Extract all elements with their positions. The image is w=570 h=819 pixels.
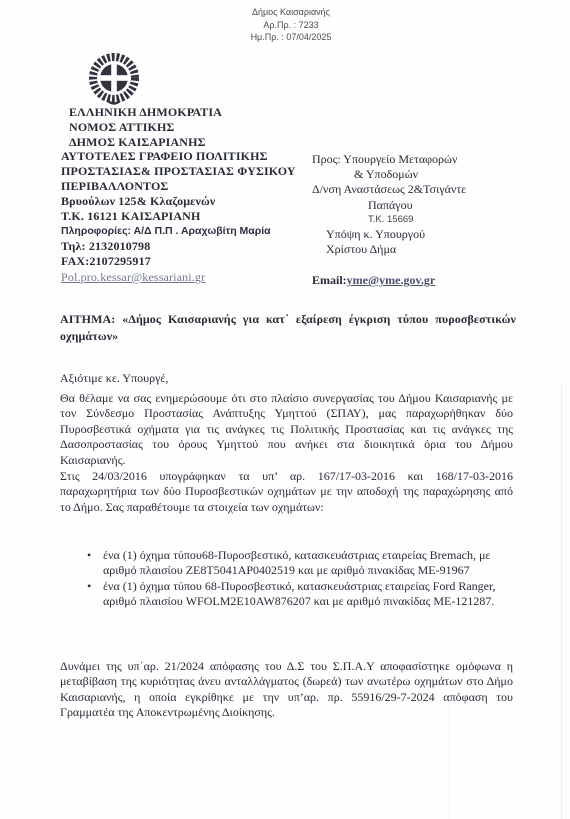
sender-contact-person: Πληροφορίες: Α/Δ Π.Π . Αραχωβίτη Μαρία <box>61 224 319 239</box>
sender-municipality: ΔΗΜΟΣ ΚΑΙΣΑΡΙΑΝΗΣ <box>61 135 319 150</box>
subject-line: ΑΙΤΗΜΑ: «Δήμος Καισαριανής για κατ΄ εξαί… <box>60 311 516 345</box>
vehicle-list-item: •ένα (1) όχημα τύπου 68-Πυροσβεστικό, κα… <box>103 579 515 610</box>
recipient-to-line2: & Υποδομών <box>312 167 527 182</box>
sender-country: ΕΛΛΗΝΙΚΗ ΔΗΜΟΚΡΑΤΙΑ <box>61 105 319 120</box>
bullet-icon: • <box>87 548 91 563</box>
body-paragraph-2: Στις 24/03/2016 υπογράφηκαν τα υπ’ αρ. 1… <box>60 469 513 515</box>
sender-office-line1: ΑΥΤΟΤΕΛΕΣ ΓΡΑΦΕΙΟ ΠΟΛΙΤΙΚΗΣ <box>61 149 319 164</box>
sender-prefecture: ΝΟΜΟΣ ΑΤΤΙΚΗΣ <box>61 120 319 135</box>
body-paragraph-1: Θα θέλαμε να σας ενημερώσουμε ότι στο πλ… <box>60 391 513 468</box>
closing-paragraph: Δυνάμει της υπ΄αρ. 21/2024 απόφασης του … <box>60 659 513 721</box>
recipient-email-link[interactable]: yme@yme.gov.gr <box>347 273 435 287</box>
recipient-to-line1: Προς: Υπουργείο Μεταφορών <box>312 152 527 167</box>
recipient-city: Παπάγου <box>312 198 527 213</box>
sender-fax: FAX:2107295917 <box>61 254 319 269</box>
vehicle-list: •ένα (1) όχημα τύπου68-Πυροσβεστικό, κατ… <box>103 548 515 610</box>
stamp-municipality: Δήμος Καισαριανής <box>12 6 570 19</box>
sender-office-line2: ΠΡΟΣΤΑΣΙΑΣ& ΠΡΟΣΤΑΣΙΑΣ ΦΥΣΙΚΟΥ <box>61 164 319 179</box>
scan-artifact-line <box>561 385 562 819</box>
sender-phone: Τηλ: 2132010798 <box>61 239 319 254</box>
greek-emblem-icon <box>84 52 144 110</box>
greek-emblem-logo <box>84 52 144 110</box>
recipient-attention-line2: Χρίστου Δήμα <box>312 242 527 257</box>
stamp-protocol-date: Ημ.Πρ. : 07/04/2025 <box>12 31 570 44</box>
sender-postal: Τ.Κ. 16121 ΚΑΙΣΑΡΙΑΝΗ <box>61 209 319 224</box>
scan-artifact-line <box>449 700 450 819</box>
sender-street: Βρυούλων 125& Κλαζομενών <box>61 194 319 209</box>
protocol-stamp: Δήμος Καισαριανής Αρ.Πρ. : 7233 Ημ.Πρ. :… <box>0 6 570 44</box>
stamp-protocol-number: Αρ.Πρ. : 7233 <box>12 19 570 32</box>
vehicle-list-item: •ένα (1) όχημα τύπου68-Πυροσβεστικό, κατ… <box>103 548 515 579</box>
recipient-attention-line1: Υπόψη κ. Υπουργού <box>312 227 527 242</box>
recipient-postal-code: Τ.Κ. 15669 <box>312 213 527 227</box>
vehicle-item-text: ένα (1) όχημα τύπου68-Πυροσβεστικό, κατα… <box>103 548 490 577</box>
bullet-icon: • <box>87 579 91 594</box>
salutation: Αξιότιμε κε. Υπουργέ, <box>60 371 512 386</box>
vehicle-item-text: ένα (1) όχημα τύπου 68-Πυροσβεστικό, κατ… <box>103 579 496 608</box>
sender-block: ΕΛΛΗΝΙΚΗ ΔΗΜΟΚΡΑΤΙΑ ΝΟΜΟΣ ΑΤΤΙΚΗΣ ΔΗΜΟΣ … <box>61 105 319 285</box>
sender-office-line3: ΠΕΡΙΒΑΛΛΟΝΤΟΣ <box>61 179 319 194</box>
recipient-street: Δ/νση Αναστάσεως 2&Τσιγάντε <box>312 182 527 197</box>
recipient-block: Προς: Υπουργείο Μεταφορών & Υποδομών Δ/ν… <box>312 152 527 288</box>
letter-page: Δήμος Καισαριανής Αρ.Πρ. : 7233 Ημ.Πρ. :… <box>0 0 570 819</box>
sender-email-link[interactable]: Pol.pro.kessar@kessariani.gr <box>61 270 205 285</box>
recipient-email-row: Email:yme@yme.gov.gr <box>312 273 527 288</box>
recipient-email-label: Email: <box>312 273 347 287</box>
